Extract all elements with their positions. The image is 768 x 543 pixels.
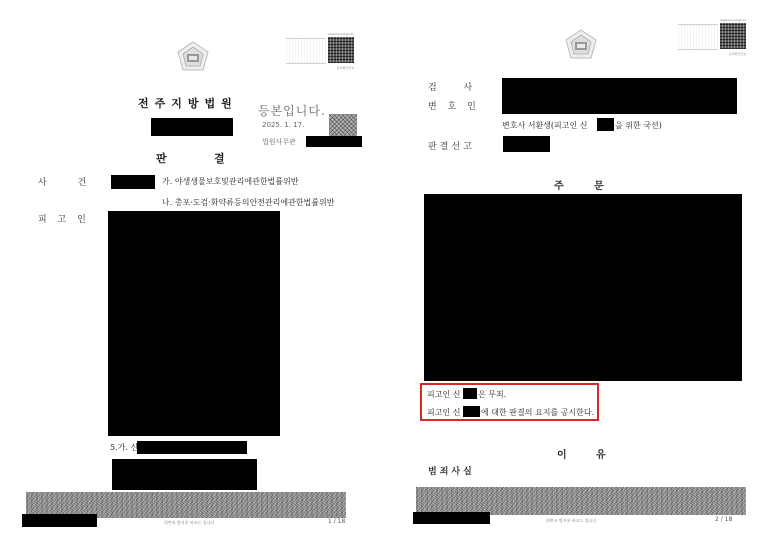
- page-number: 2 / 18: [715, 516, 732, 523]
- redacted-defendant-info: [108, 211, 280, 436]
- redacted-defendant-name: [597, 118, 614, 131]
- counsel-text-prefix: 변호사 서환생(피고인 신: [502, 120, 588, 131]
- court-emblem-icon: [564, 28, 598, 60]
- court-name: 전주지방법원: [138, 95, 238, 111]
- publication-line-suffix: 에 대한 판결의 요지를 공시한다.: [481, 407, 594, 418]
- item-prefix: 5.가. 신: [110, 442, 138, 453]
- doc-title-left: 판: [156, 150, 167, 166]
- charge-2: 나. 총포·도검·화약류등의안전관리에관한법률위반: [162, 197, 334, 208]
- certified-copy-stamp: 등본입니다.: [258, 102, 326, 119]
- redacted-block: [112, 459, 257, 490]
- qr-caption: 문서확인번호: [337, 66, 354, 70]
- order-heading-right: 문: [594, 177, 604, 192]
- qr-code-icon: [720, 23, 746, 49]
- counsel-label: 변 호 인: [428, 99, 480, 112]
- prosecutor-label: 검 사: [428, 80, 474, 93]
- footer-note: 위변조 방지용 바코드 입니다: [546, 518, 596, 524]
- stamp-lines: [678, 24, 718, 50]
- redacted-verdict-date: [503, 136, 550, 152]
- court-emblem-icon: [176, 40, 210, 72]
- publication-line-prefix: 피고인 신: [427, 407, 460, 418]
- certification-date: 2025. 1. 17.: [262, 121, 304, 129]
- stamp-lines: [286, 38, 326, 64]
- page-number: 1 / 18: [328, 518, 345, 525]
- redacted-order-body: [424, 194, 742, 381]
- acquittal-line-prefix: 피고인 신: [427, 389, 460, 400]
- qr-url-text: www.scourt.go.kr: [720, 18, 746, 22]
- redacted-footer-id: [22, 514, 97, 527]
- redacted-case-number: [151, 118, 233, 136]
- redacted-case-id: [111, 175, 155, 189]
- barcode-strip: [416, 487, 746, 515]
- doc-title-right: 결: [214, 150, 225, 166]
- qr-stamp: www.scourt.go.kr 문서확인번호: [286, 34, 356, 68]
- judgment-page-1: www.scourt.go.kr 문서확인번호 전주지방법원 등본입니다. 20…: [0, 0, 378, 543]
- clerk-label: 법원사무관: [262, 137, 296, 147]
- redacted-name: [463, 406, 480, 417]
- order-heading-left: 주: [554, 177, 564, 192]
- redacted-clerk-name: [306, 136, 362, 147]
- qr-url-text: www.scourt.go.kr: [328, 32, 354, 36]
- redacted-name: [463, 388, 477, 399]
- redacted-prosecutor-counsel: [502, 78, 737, 114]
- charge-1: 가. 야생생물보호및관리에관한법률위반: [162, 176, 298, 187]
- defendant-label: 피 고 인: [38, 212, 90, 225]
- redacted-footer-id: [413, 512, 490, 524]
- qr-stamp: www.scourt.go.kr 문서확인번호: [678, 20, 748, 54]
- counsel-text-suffix: 을 위한 국선): [615, 120, 662, 131]
- qr-code-icon: [328, 37, 354, 63]
- redacted-item-detail: [137, 441, 247, 454]
- facts-heading: 범죄사실: [428, 464, 475, 477]
- qr-caption: 문서확인번호: [729, 52, 746, 56]
- case-label: 사 건: [38, 175, 88, 188]
- reason-heading-left: 이: [557, 446, 567, 461]
- official-seal-icon: [329, 114, 357, 138]
- verdict-date-label: 판결선고: [428, 139, 475, 152]
- acquittal-line-suffix: 은 무죄.: [478, 389, 506, 400]
- footer-note: 위변조 방지용 바코드 입니다: [164, 520, 214, 526]
- judgment-page-2: www.scourt.go.kr 문서확인번호 검 사 변 호 인 변호사 서환…: [390, 0, 768, 543]
- reason-heading-right: 유: [596, 446, 606, 461]
